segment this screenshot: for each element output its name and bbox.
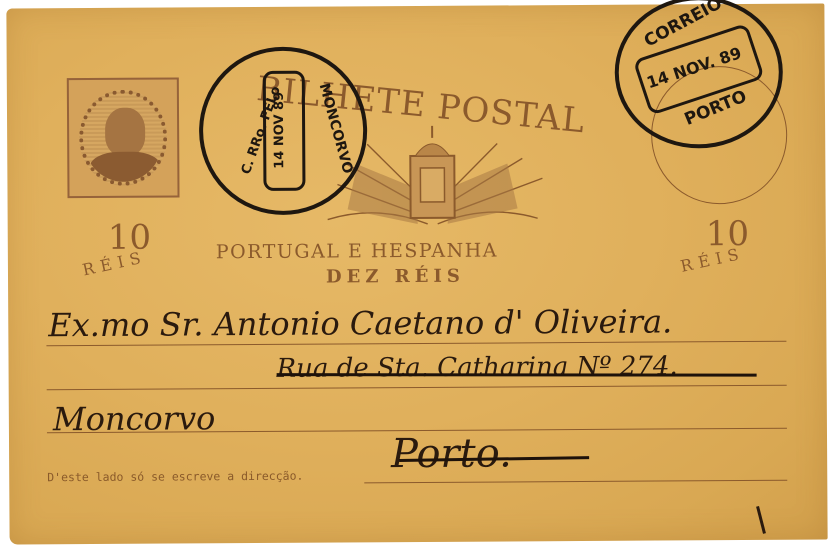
address-rule-4 — [364, 480, 787, 484]
address-line-2-strikethrough — [277, 373, 757, 376]
postmark-outer-right: MONCORVO — [316, 82, 356, 176]
portrait-oval — [79, 90, 168, 187]
country-line: PORTUGAL E HESPANHA — [216, 240, 498, 264]
value-words: DEZ RÉIS — [326, 266, 465, 288]
portrait-body-icon — [89, 152, 161, 187]
postmark-date: 14 NOV 89 — [272, 92, 287, 169]
address-rule-2 — [47, 385, 787, 391]
postcard: BILHETE POSTAL 10 RÉIS 10 RÉIS PORTUGAL … — [6, 4, 827, 545]
address-line-2: Rua de Sta. Catharina Nº 274. — [276, 351, 677, 383]
postmark-moncorvo: C. RRo. FELo MONCORVO 14 NOV 89 — [199, 46, 368, 215]
ink-mark — [756, 506, 766, 534]
address-line-1: Ex.mo Sr. Antonio Caetano d' Oliveira. — [48, 302, 672, 344]
footnote: D'este lado só se escreve a direcção. — [47, 469, 303, 485]
portrait-head-icon — [105, 108, 145, 156]
imprinted-stamp — [67, 77, 180, 198]
address-line-3: Moncorvo — [53, 399, 216, 438]
address-line-4: Porto. — [391, 430, 512, 477]
